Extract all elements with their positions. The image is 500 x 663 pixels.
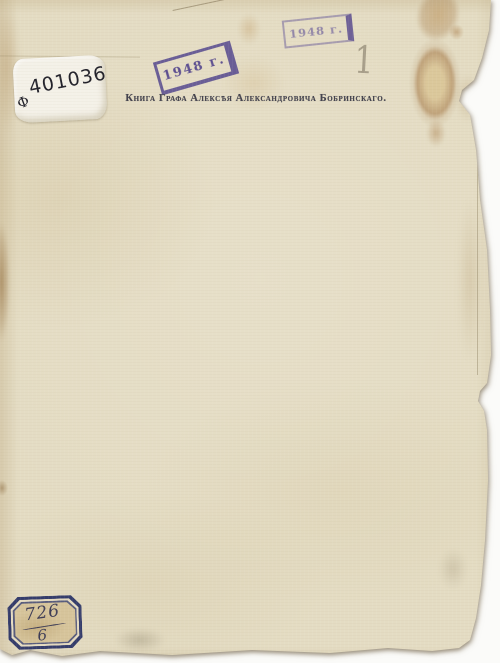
call-number-label: Ф 401036 <box>12 55 107 124</box>
crease-line-top <box>173 0 230 11</box>
shelf-mark-numerator: 726 <box>23 601 61 626</box>
scanned-book-cover: Ф 401036 1948 г. 1948 г. 1 Книга Графа А… <box>0 0 500 663</box>
year-stamp-1948-second: 1948 г. <box>282 13 355 48</box>
call-number-value: 401036 <box>27 62 108 99</box>
year-stamp-text: 1948 г. <box>288 21 343 41</box>
fold-line-right <box>477 95 478 375</box>
right-edge-browning <box>455 180 485 380</box>
stain-top-center <box>235 10 263 48</box>
ownership-inscription: Книга Графа Алексѣя Александровича Бобри… <box>103 92 409 106</box>
water-stain-dot <box>449 24 464 40</box>
water-stain-top-right-upper <box>410 0 466 47</box>
left-edge-streak <box>0 222 10 342</box>
bottom-right-smudge <box>436 545 470 593</box>
call-number-prefix: Ф <box>15 93 32 112</box>
year-stamp-1948-first: 1948 г. <box>153 41 239 96</box>
pencil-page-number: 1 <box>353 38 375 83</box>
left-edge-dot <box>0 480 8 496</box>
year-stamp-text: 1948 г. <box>161 52 226 84</box>
aged-paper-cover: Ф 401036 1948 г. 1948 г. 1 Книга Графа А… <box>0 0 500 663</box>
torn-edge-tint <box>452 68 484 128</box>
water-stain-top-right-main <box>409 38 461 128</box>
water-stain-top-right-lower <box>424 116 448 150</box>
bottom-smudge <box>110 626 170 654</box>
shelf-mark-denominator: 6 <box>37 626 48 645</box>
shelf-mark-label: 726 6 <box>7 595 83 651</box>
shelf-mark-content: 726 6 <box>14 602 75 643</box>
